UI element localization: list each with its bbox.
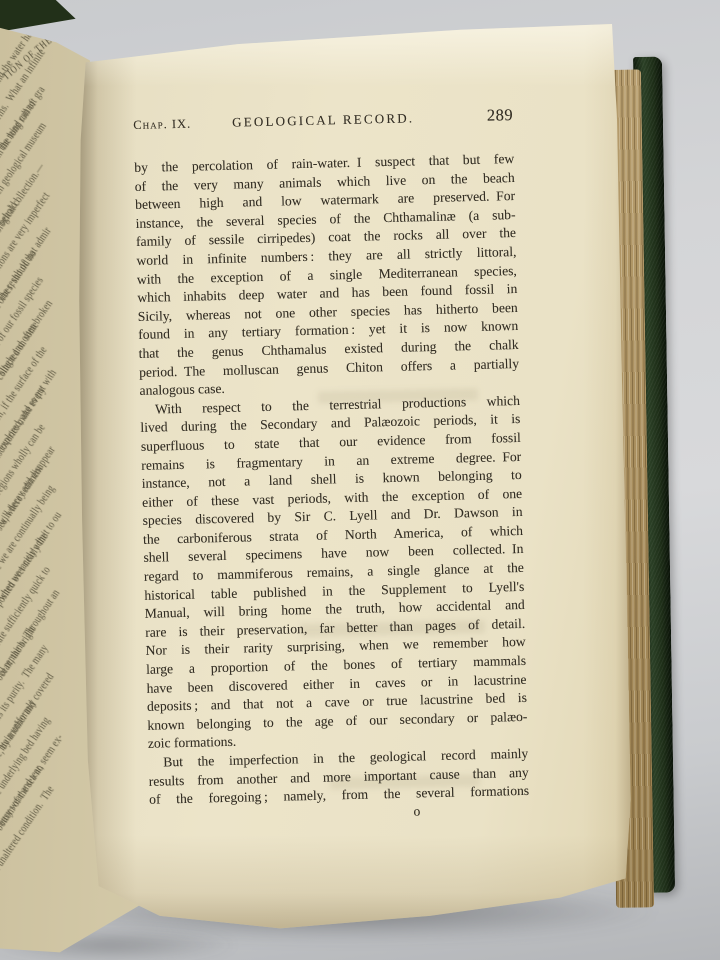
signature-mark: o (413, 803, 420, 819)
page-number: 289 (425, 105, 513, 127)
page-content: Chap. IX. GEOLOGICAL RECORD. 289 by the … (133, 103, 530, 852)
book-cover-left-sliver (0, 0, 90, 36)
running-title: GEOLOGICAL RECORD. (221, 110, 425, 131)
chapter-label: Chap. IX. (133, 116, 221, 133)
book-photo: TION OF THE land and the water haforms. … (0, 0, 720, 960)
body-lines: by the percolation of rain-water. I susp… (134, 150, 529, 810)
left-page-text-fragment: an unaltered condition. The (0, 784, 57, 878)
